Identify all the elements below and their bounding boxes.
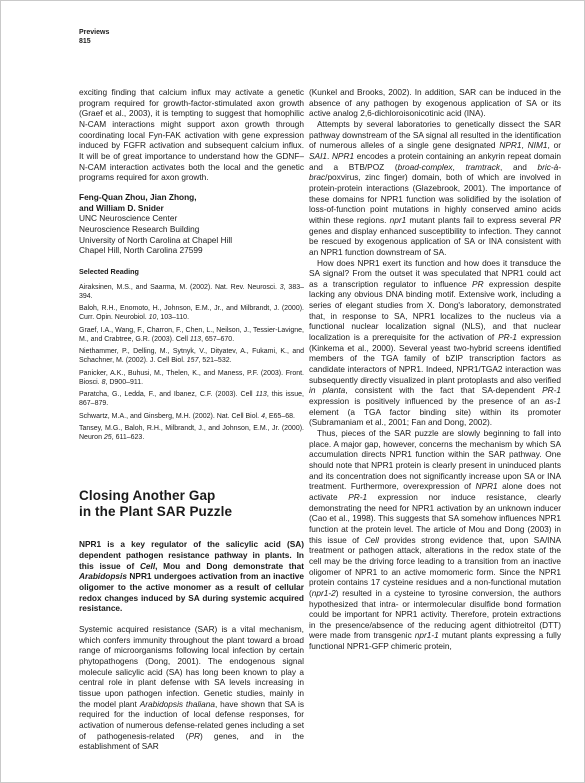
reference-item: Panicker, A.K., Buhusi, M., Thelen, K., …	[79, 369, 304, 387]
affiliation-line: UNC Neuroscience Center	[79, 213, 304, 224]
right-column: (Kunkel and Brooks, 2002). In addition, …	[309, 87, 561, 652]
affiliation-line: Chapel Hill, North Carolina 27599	[79, 245, 304, 256]
reference-item: Tansey, M.G., Baloh, R.H., Milbrandt, J.…	[79, 424, 304, 442]
affiliation-line: Neuroscience Research Building	[79, 224, 304, 235]
article2-paragraph-right-3: How does NPR1 exert its function and how…	[309, 258, 561, 429]
page-number: 815	[79, 38, 109, 47]
reference-item: Paratcha, G., Ledda, F., and Ibanez, C.F…	[79, 390, 304, 408]
page-header: Previews 815	[79, 29, 109, 46]
article-title-line1: Closing Another Gap	[79, 488, 304, 504]
article-abstract: NPR1 is a key regulator of the salicylic…	[79, 539, 304, 614]
journal-page: Previews 815 exciting finding that calci…	[0, 0, 585, 783]
reference-item: Schwartz, M.A., and Ginsberg, M.H. (2002…	[79, 412, 304, 421]
author-block: Feng-Quan Zhou, Jian Zhong, and William …	[79, 192, 304, 256]
author-names-line1: Feng-Quan Zhou, Jian Zhong,	[79, 192, 304, 203]
left-column: exciting finding that calcium influx may…	[79, 87, 304, 446]
selected-reading-heading: Selected Reading	[79, 267, 304, 276]
reference-item: Niethammer, P., Delling, M., Sytnyk, V.,…	[79, 347, 304, 365]
article2-paragraph-right-2: Attempts by several laboratories to gene…	[309, 119, 561, 258]
article-title-line2: in the Plant SAR Puzzle	[79, 504, 304, 520]
article2-left-block: Closing Another Gap in the Plant SAR Puz…	[79, 488, 304, 752]
author-names-line2: and William D. Snider	[79, 203, 304, 214]
article1-closing-paragraph: exciting finding that calcium influx may…	[79, 87, 304, 183]
article-title: Closing Another Gap in the Plant SAR Puz…	[79, 488, 304, 520]
article2-paragraph-right-4: Thus, pieces of the SAR puzzle are slowl…	[309, 428, 561, 652]
reference-item: Graef, I.A., Wang, F., Charron, F., Chen…	[79, 326, 304, 344]
section-label: Previews	[79, 29, 109, 38]
article2-paragraph-left: Systemic acquired resistance (SAR) is a …	[79, 624, 304, 752]
reference-item: Airaksinen, M.S., and Saarma, M. (2002).…	[79, 283, 304, 301]
affiliation-line: University of North Carolina at Chapel H…	[79, 235, 304, 246]
article2-paragraph-right-1: (Kunkel and Brooks, 2002). In addition, …	[309, 87, 561, 119]
reference-list: Airaksinen, M.S., and Saarma, M. (2002).…	[79, 283, 304, 443]
reference-item: Baloh, R.H., Enomoto, H., Johnson, E.M.,…	[79, 304, 304, 322]
